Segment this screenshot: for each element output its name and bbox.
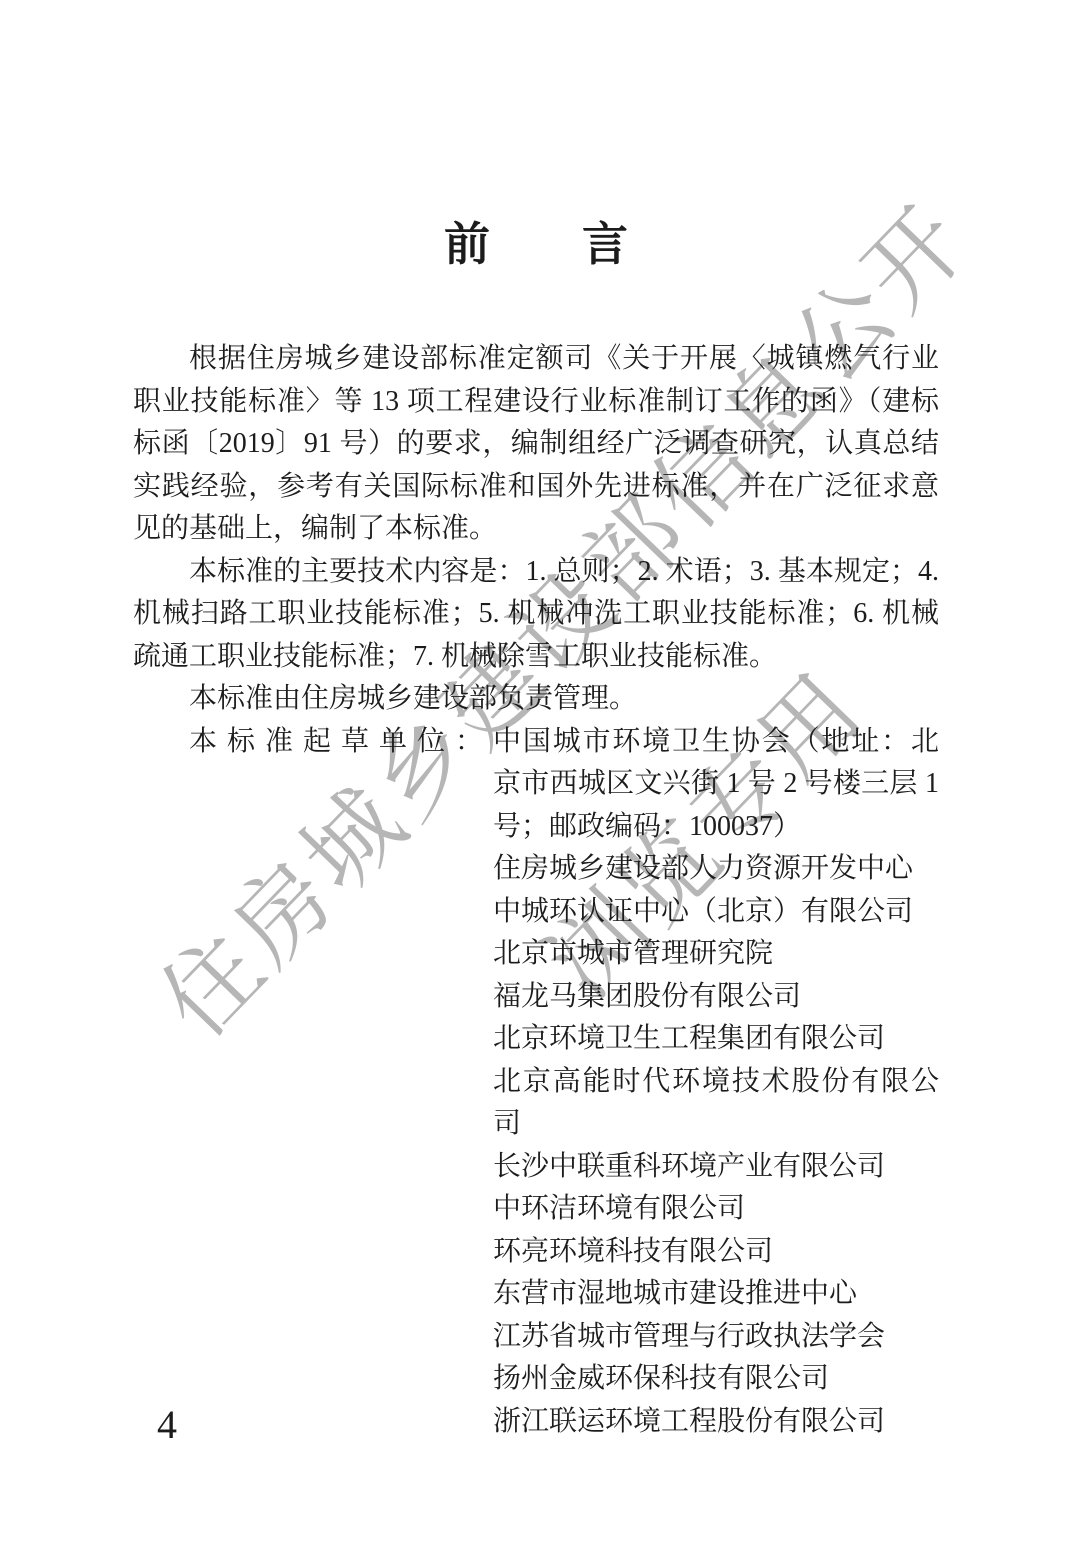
drafting-org-item: 住房城乡建设部人力资源开发中心 xyxy=(493,848,939,891)
drafting-org-item: 环亮环境科技有限公司 xyxy=(493,1231,939,1274)
drafting-org-item: 中城环认证中心（北京）有限公司 xyxy=(493,891,939,934)
page-number: 4 xyxy=(157,1402,177,1448)
drafting-units-block: 本标准起草单位： 中国城市环境卫生协会（地址：北京市西城区文兴街 1 号 2 号… xyxy=(133,721,939,1444)
drafting-org-item: 东营市湿地城市建设推进中心 xyxy=(493,1273,939,1316)
drafting-org-item: 北京市城市管理研究院 xyxy=(493,933,939,976)
drafting-org-item: 福龙马集团股份有限公司 xyxy=(493,976,939,1019)
paragraph-basis: 根据住房城乡建设部标准定额司《关于开展〈城镇燃气行业职业技能标准〉等 13 项工… xyxy=(133,338,939,551)
paragraph-management: 本标准由住房城乡建设部负责管理。 xyxy=(133,678,939,721)
drafting-org-item: 中国城市环境卫生协会（地址：北京市西城区文兴街 1 号 2 号楼三层 1 号；邮… xyxy=(493,721,939,849)
drafting-units-label: 本标准起草单位： xyxy=(133,721,493,1444)
paragraph-technical-contents: 本标准的主要技术内容是：1. 总则；2. 术语；3. 基本规定；4. 机械扫路工… xyxy=(133,551,939,679)
drafting-units-list: 中国城市环境卫生协会（地址：北京市西城区文兴街 1 号 2 号楼三层 1 号；邮… xyxy=(493,721,939,1444)
drafting-org-item: 北京高能时代环境技术股份有限公司 xyxy=(493,1061,939,1146)
page-title: 前 言 xyxy=(133,0,939,270)
drafting-org-item: 江苏省城市管理与行政执法学会 xyxy=(493,1316,939,1359)
drafting-org-item: 长沙中联重科环境产业有限公司 xyxy=(493,1146,939,1189)
document-content: 前 言 根据住房城乡建设部标准定额司《关于开展〈城镇燃气行业职业技能标准〉等 1… xyxy=(133,0,939,1443)
document-page: 住房城乡建设部信息公开 浏览专用 前 言 根据住房城乡建设部标准定额司《关于开展… xyxy=(0,0,1080,1565)
drafting-org-item: 中环洁环境有限公司 xyxy=(493,1188,939,1231)
drafting-org-item: 北京环境卫生工程集团有限公司 xyxy=(493,1018,939,1061)
drafting-org-item: 浙江联运环境工程股份有限公司 xyxy=(493,1401,939,1444)
drafting-org-item: 扬州金威环保科技有限公司 xyxy=(493,1358,939,1401)
